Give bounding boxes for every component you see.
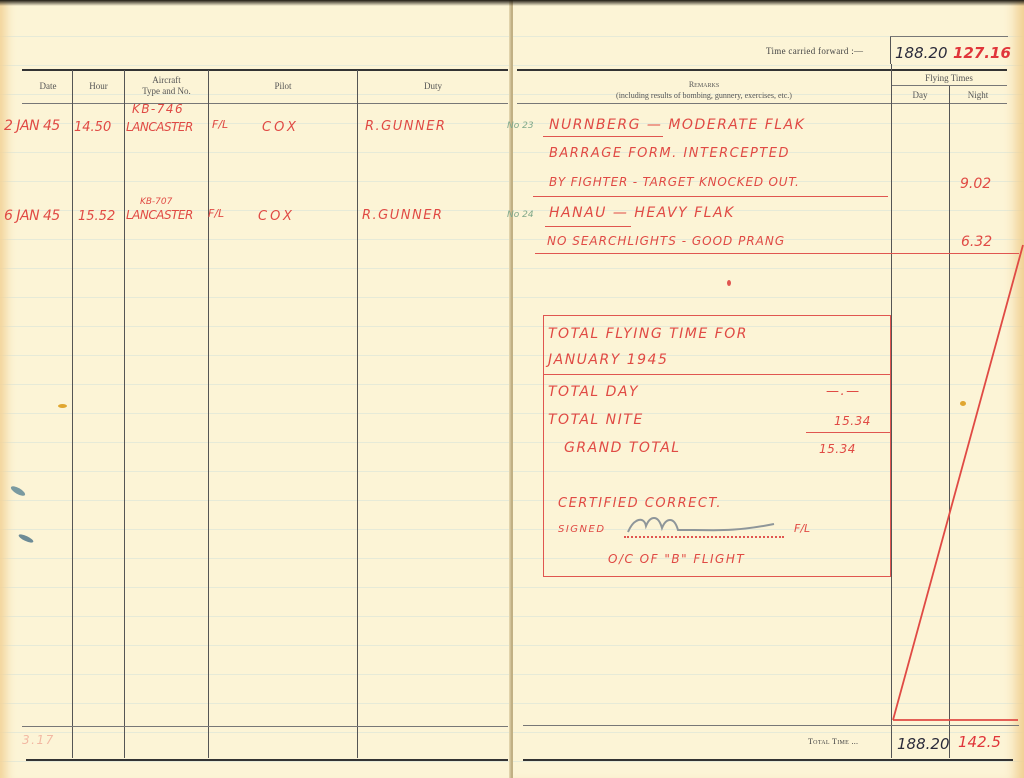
flying-times-header: Flying Times (891, 73, 1007, 83)
target-underline (543, 136, 663, 137)
entry-aircraft-no: KB-707 (140, 197, 172, 207)
col-header-pilot: Pilot (209, 81, 357, 91)
sum-underline (806, 432, 890, 433)
ink-stain (18, 533, 35, 544)
entry-hour: 14.50 (74, 120, 111, 135)
op-number: No 24 (507, 210, 534, 220)
header-bottom-rule (517, 103, 1007, 104)
certified-label: CERTIFIED CORRECT. (558, 496, 722, 511)
header-top-rule (22, 69, 508, 71)
total-time-label: Total Time ... (808, 737, 858, 746)
col-header-date: Date (24, 81, 72, 91)
logbook-right-page: Time carried forward :— 188.20 127.16 Re… (513, 0, 1024, 778)
footer-top-rule (523, 725, 1019, 726)
col-header-duty: Duty (358, 81, 508, 91)
col-divider (208, 70, 209, 758)
col-divider (124, 70, 125, 758)
signature-scribble-icon (624, 512, 784, 536)
entry-pilot: COX (258, 209, 295, 224)
remark-line: BARRAGE FORM. INTERCEPTED (549, 146, 790, 161)
remark-line: NO SEARCHLIGHTS - GOOD PRANG (547, 234, 785, 248)
summary-divider (544, 374, 890, 375)
grand-total-label: GRAND TOTAL (564, 440, 681, 456)
total-day-value: —.— (826, 384, 861, 399)
summary-title-line2: JANUARY 1945 (548, 352, 668, 368)
entry-aircraft-type: LANCASTER (126, 120, 193, 134)
col-divider (72, 70, 73, 758)
entry-pilot-rank: F/L (212, 118, 228, 131)
entry-duty: R.GUNNER (362, 208, 443, 223)
entry-divider (533, 196, 888, 197)
total-time-night: 142.5 (958, 733, 1001, 751)
footer-bottom-rule (523, 759, 1013, 761)
night-time: 9.02 (960, 176, 991, 192)
ink-stain (10, 484, 27, 497)
total-time-day: 188.20 (897, 735, 950, 753)
op-number: No 23 (507, 121, 534, 131)
monthly-summary-box: TOTAL FLYING TIME FOR JANUARY 1945 TOTAL… (543, 315, 891, 577)
entry-hour: 15.52 (78, 209, 115, 224)
summary-title-line1: TOTAL FLYING TIME FOR (548, 326, 748, 342)
entry-date: 2 JAN 45 (4, 118, 60, 134)
signed-role: O/C OF "B" FLIGHT (608, 552, 745, 566)
footer-bottom-rule (26, 759, 508, 761)
footer-top-rule (22, 726, 508, 727)
footer-faded-note: 3.17 (22, 733, 55, 747)
book-top-edge (0, 0, 1024, 6)
col-divider (357, 70, 358, 758)
col-header-aircraft-line1: Aircraft (125, 75, 208, 85)
remarks-header-title: Remarks (517, 80, 891, 90)
flying-times-night-header: Night (949, 90, 1007, 100)
entry-duty: R.GUNNER (365, 119, 446, 134)
header-bottom-rule (22, 103, 508, 104)
ink-stain (58, 404, 67, 408)
remark-line: BY FIGHTER - TARGET KNOCKED OUT. (549, 175, 800, 189)
signed-rank: F/L (794, 522, 810, 535)
total-day-label: TOTAL DAY (548, 384, 639, 400)
total-nite-label: TOTAL NITE (548, 412, 644, 428)
ink-stain (960, 401, 966, 406)
carried-forward-day: 188.20 (895, 44, 948, 62)
entry-date: 6 JAN 45 (4, 208, 60, 224)
ink-dot (727, 280, 731, 286)
entry-pilot: COX (262, 120, 299, 135)
target-underline (545, 226, 631, 227)
carried-forward-top-rule (890, 36, 1008, 37)
remark-line: NURNBERG — MODERATE FLAK (549, 117, 805, 133)
col-header-hour: Hour (73, 81, 124, 91)
remark-line: HANAU — HEAVY FLAK (549, 205, 735, 221)
remarks-header-subtitle: (including results of bombing, gunnery, … (517, 91, 891, 101)
grand-total-value: 15.34 (819, 442, 856, 456)
carried-forward-night: 127.16 (953, 44, 1011, 62)
logbook-left-page: Date Hour Aircraft Type and No. Pilot Du… (0, 0, 511, 778)
signature[interactable] (624, 512, 784, 538)
header-top-rule (517, 69, 1007, 71)
carried-forward-label: Time carried forward :— (766, 46, 863, 56)
entry-aircraft-no: KB-746 (132, 102, 184, 116)
diagonal-strike-line (883, 240, 1024, 730)
col-divider (890, 36, 891, 64)
col-header-aircraft-line2: Type and No. (125, 86, 208, 96)
entry-aircraft-type: LANCASTER (126, 208, 193, 222)
flying-times-day-header: Day (891, 90, 949, 100)
entry-pilot-rank: F/L (208, 207, 224, 220)
signed-label: SIGNED (558, 524, 606, 535)
total-nite-value: 15.34 (834, 414, 871, 428)
